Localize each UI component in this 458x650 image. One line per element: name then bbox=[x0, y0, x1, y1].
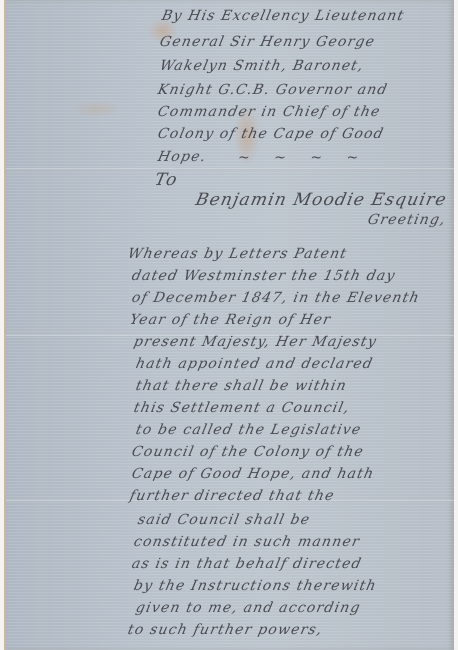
body-line: Year of the Reign of Her bbox=[128, 312, 332, 328]
body-line: further directed that the bbox=[128, 488, 336, 504]
body-line: of December 1847, in the Eleventh bbox=[130, 290, 421, 306]
body-line: present Majesty, Her Majesty bbox=[132, 334, 378, 350]
body-line: said Council shall be bbox=[136, 512, 312, 528]
greeting: Greeting, bbox=[366, 212, 447, 228]
body-line: constituted in such manner bbox=[132, 534, 361, 550]
header-line: Colony of the Cape of Good bbox=[156, 126, 385, 142]
water-stain bbox=[72, 100, 122, 118]
flourish-line: ~ ~ ~ ~ bbox=[238, 150, 368, 166]
header-line: General Sir Henry George bbox=[158, 34, 377, 50]
body-line: by the Instructions therewith bbox=[132, 578, 378, 594]
body-line: to such further powers, bbox=[126, 622, 324, 638]
header-line: Hope. bbox=[156, 149, 208, 165]
body-line: that there shall be within bbox=[134, 378, 348, 394]
header-line: Knight G.C.B. Governor and bbox=[156, 82, 389, 98]
header-line: Wakelyn Smith, Baronet, bbox=[158, 58, 365, 74]
body-line: Whereas by Letters Patent bbox=[126, 246, 349, 262]
body-line: Council of the Colony of the bbox=[130, 444, 365, 460]
body-line: dated Westminster the 15th day bbox=[130, 268, 397, 284]
body-line: given to me, and according bbox=[134, 600, 362, 616]
salutation: To bbox=[153, 170, 180, 190]
header-line: Commander in Chief of the bbox=[156, 104, 382, 120]
fold-crease bbox=[6, 168, 454, 170]
body-line: this Settlement a Council, bbox=[132, 400, 351, 416]
body-line: as is in that behalf directed bbox=[130, 556, 363, 572]
body-line: hath appointed and declared bbox=[134, 356, 374, 372]
header-line: By His Excellency Lieutenant bbox=[160, 8, 406, 24]
addressee: Benjamin Moodie Esquire bbox=[194, 190, 449, 210]
body-line: to be called the Legislative bbox=[134, 422, 363, 438]
body-line: Cape of Good Hope, and hath bbox=[130, 466, 376, 482]
